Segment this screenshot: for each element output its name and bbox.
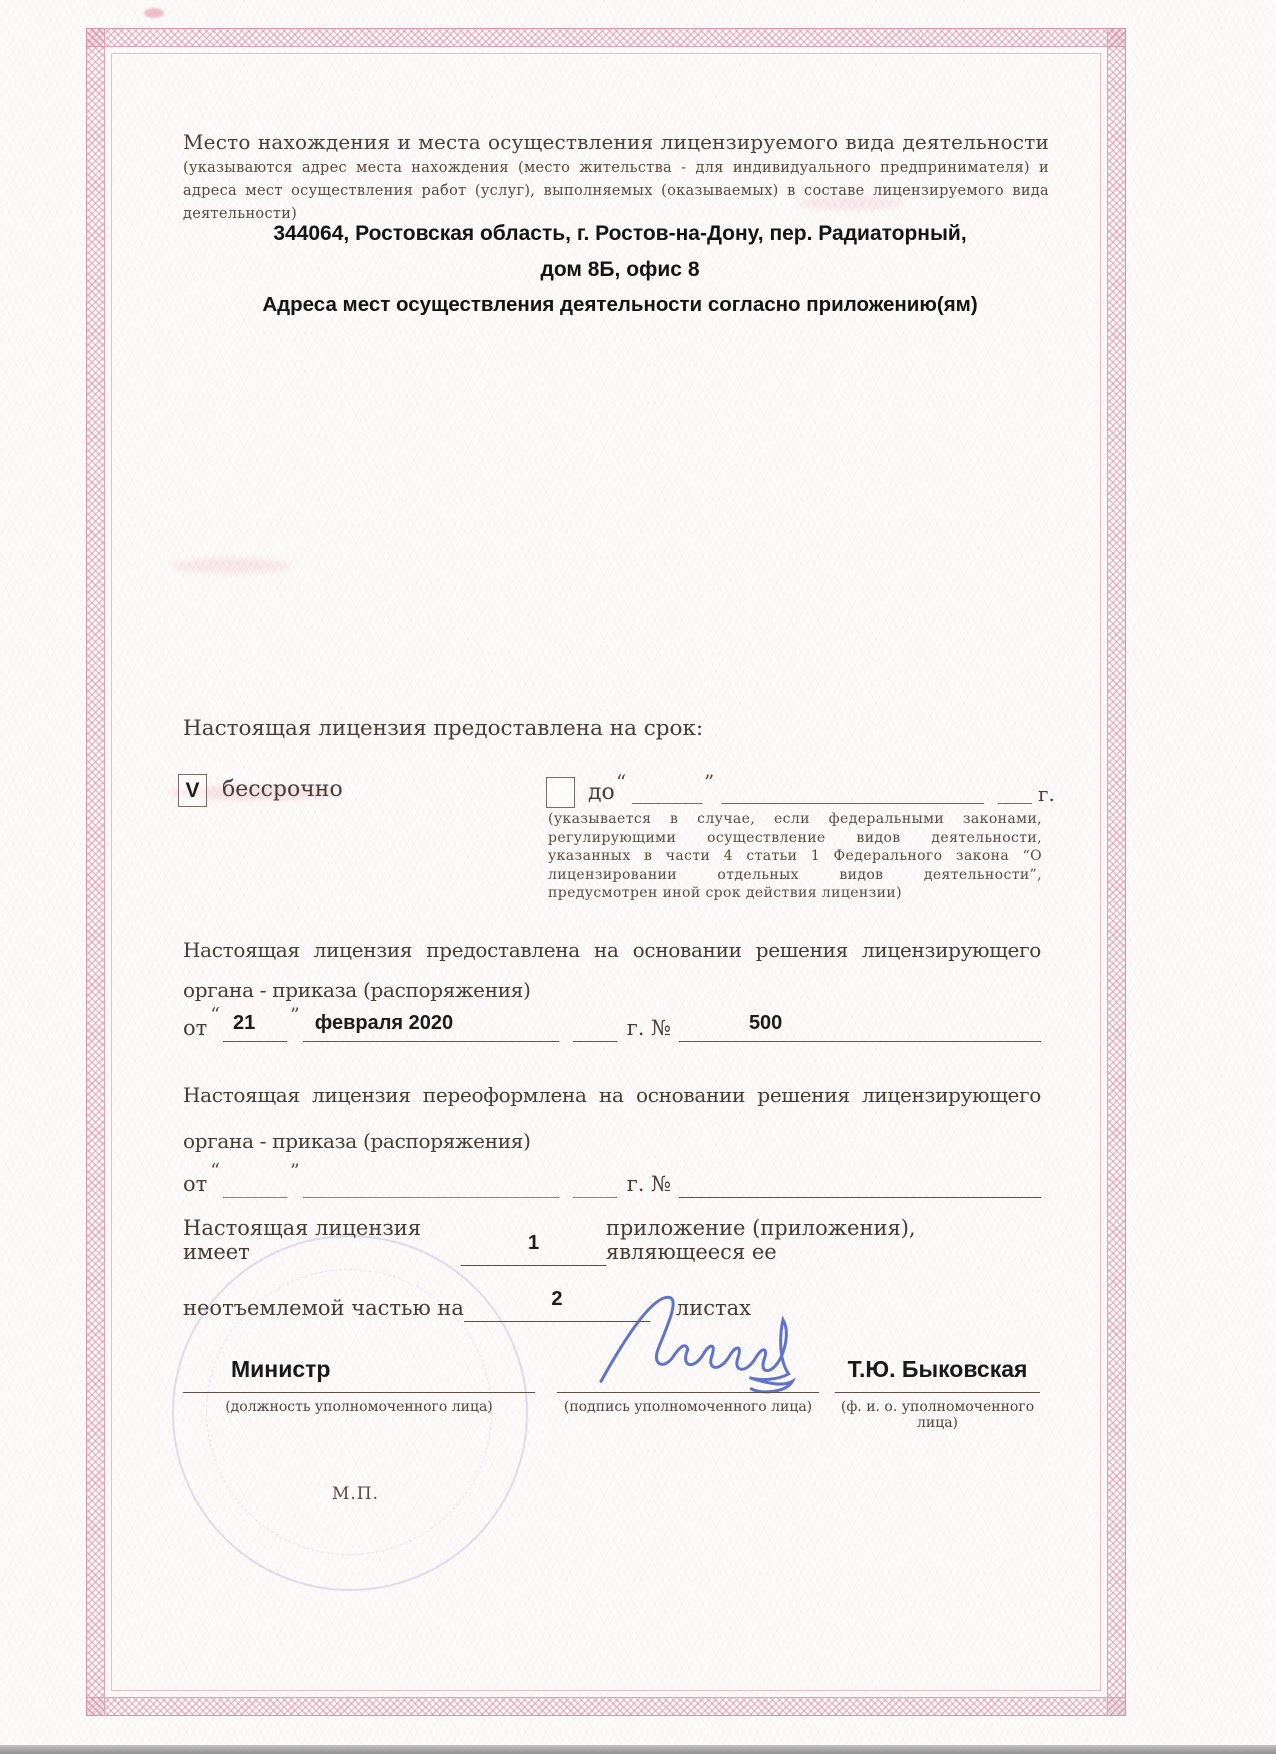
border-band-bottom: [86, 1697, 1126, 1716]
perpetual-checkbox-mark: V: [185, 779, 199, 802]
reissued-paragraph: Настоящая лицензия переоформлена на осно…: [183, 1072, 1041, 1164]
reissued-day-blank: [223, 1161, 287, 1198]
term-footnote: (указывается в случае, если федеральными…: [548, 810, 1042, 903]
sheets-count-value: 2: [551, 1288, 562, 1311]
number-label: г. №: [627, 1172, 671, 1198]
granted-number-value: 500: [749, 1012, 782, 1035]
reissued-month-blank: [303, 1161, 559, 1198]
position-line: [183, 1392, 535, 1393]
until-label: до: [588, 780, 615, 805]
granted-date-row: от “ 21 ” февраля 2020 г. № 500: [183, 1004, 1041, 1042]
position-value: Министр: [231, 1356, 330, 1383]
name-caption: (ф. и. о. уполномоченного лица): [835, 1399, 1040, 1431]
year-suffix: г.: [1038, 782, 1055, 806]
perpetual-label: бессрочно: [222, 777, 343, 802]
granted-month-value: февраля 2020: [315, 1012, 453, 1035]
signature-scribble: [583, 1288, 815, 1400]
from-label: от: [183, 1016, 207, 1042]
close-quote: ”: [287, 1004, 303, 1026]
until-month-blank: [722, 773, 984, 804]
position-caption: (должность уполномоченного лица): [183, 1399, 535, 1415]
signature-caption: (подпись уполномоченного лица): [557, 1399, 819, 1415]
number-label: г. №: [627, 1016, 671, 1042]
close-quote: ”: [287, 1160, 303, 1182]
reissued-date-row: от “ ” г. №: [183, 1160, 1041, 1198]
annex-count-value: 1: [528, 1232, 539, 1255]
name-value: Т.Ю. Быковская: [835, 1356, 1040, 1383]
border-band-top: [86, 28, 1126, 47]
reissued-year-blank: [573, 1161, 617, 1198]
from-label: от: [183, 1172, 207, 1198]
term-section-title: Настоящая лицензия предоставлена на срок…: [183, 716, 703, 741]
close-quote: ”: [704, 770, 714, 794]
address-line-2: дом 8Б, офис 8: [140, 258, 1100, 282]
granted-day-value: 21: [233, 1012, 255, 1035]
until-year-blank: [998, 773, 1032, 804]
annex-text-after: приложение (приложения), являющееся ее: [606, 1216, 1041, 1266]
granted-number-blank: 500: [679, 1005, 1041, 1042]
until-checkbox: [546, 777, 575, 808]
granted-day-blank: 21: [223, 1005, 287, 1042]
granted-year-blank: [573, 1005, 617, 1042]
border-band-left: [86, 28, 105, 1716]
open-quote: “: [616, 770, 626, 794]
scan-artifact: [144, 8, 164, 18]
open-quote: “: [207, 1004, 223, 1026]
address-line-1: 344064, Ростовская область, г. Ростов-на…: [140, 222, 1100, 246]
until-day-blank: [632, 773, 702, 804]
granted-month-blank: февраля 2020: [303, 1005, 559, 1042]
annex-count-blank: 1: [461, 1225, 606, 1266]
license-document-page: Место нахождения и места осуществления л…: [0, 0, 1276, 1754]
granted-paragraph: Настоящая лицензия предоставлена на осно…: [183, 930, 1041, 1010]
open-quote: “: [207, 1160, 223, 1182]
signature-line: [557, 1392, 819, 1393]
scanner-edge: [0, 1745, 1276, 1754]
reissued-number-blank: [679, 1161, 1041, 1198]
location-heading-main: Место нахождения и места осуществления л…: [183, 130, 1049, 154]
perpetual-checkbox: V: [178, 774, 207, 807]
border-band-right: [1107, 28, 1126, 1716]
location-heading-note: (указываются адрес места нахождения (мес…: [183, 160, 1049, 221]
location-heading: Место нахождения и места осуществления л…: [183, 128, 1049, 225]
address-annex-note: Адреса мест осуществления деятельности с…: [140, 293, 1100, 317]
seal-place-label: М.П.: [332, 1484, 379, 1504]
name-line: [835, 1392, 1040, 1393]
